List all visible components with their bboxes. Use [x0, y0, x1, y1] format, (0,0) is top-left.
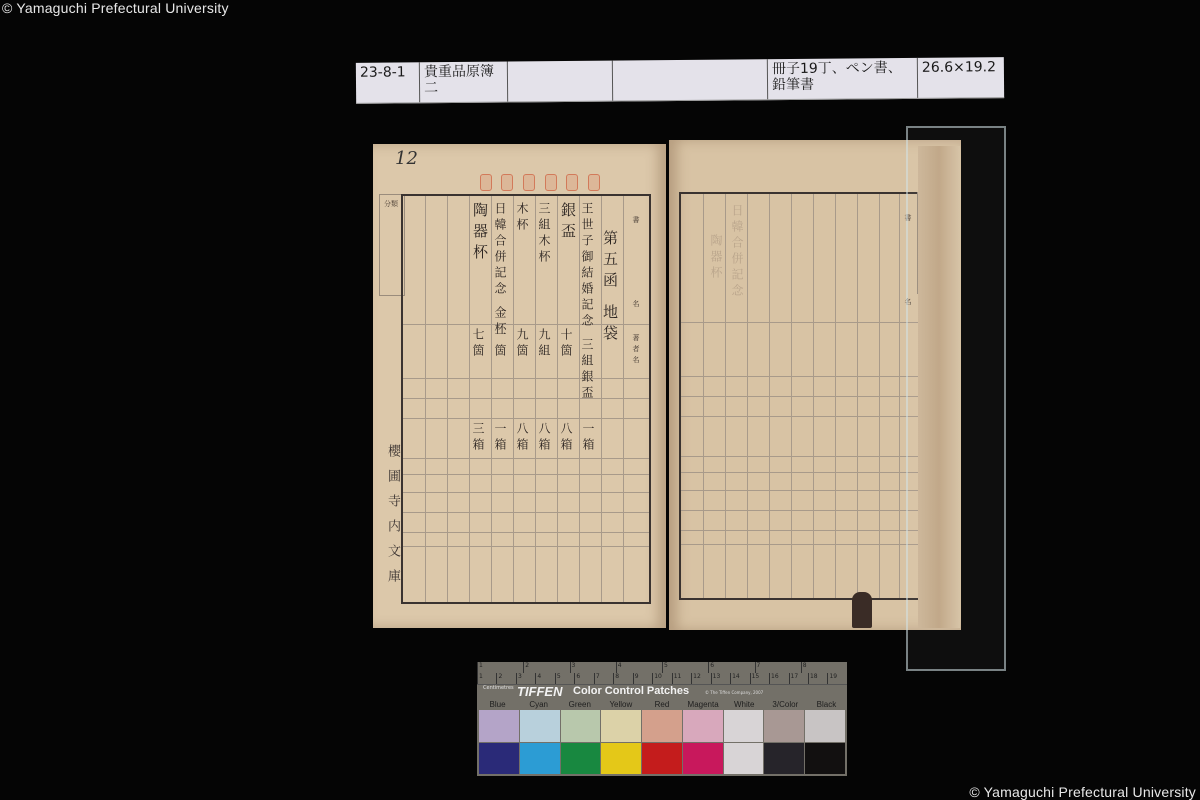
ledger-grid-left: 第五函 地袋 王世子御結婚記念 三組銀盃 銀盃 三組木杯 木杯 日韓合併記念 金… — [401, 194, 651, 604]
color-patch-dark — [724, 743, 764, 775]
entry-count: 一箇 — [492, 328, 509, 360]
seal-stamp — [566, 174, 578, 191]
entry-name: 三組木杯 — [536, 202, 553, 266]
page-number: 12 — [395, 148, 418, 169]
color-patch-light — [805, 710, 845, 742]
patch-label: Red — [641, 700, 682, 709]
seal-stamp — [545, 174, 557, 191]
show-through-text: 日韓合併記念 — [729, 204, 746, 300]
classification-label: 分類 — [384, 199, 398, 209]
catalog-empty-cell — [613, 59, 768, 100]
binding-clip — [852, 592, 872, 628]
patch-column-black — [805, 710, 845, 774]
color-patch-dark — [642, 743, 682, 775]
color-patch-light — [764, 710, 804, 742]
color-patch-light — [520, 710, 560, 742]
seal-stamp — [501, 174, 513, 191]
catalog-size: 26.6×19.2 — [918, 57, 1004, 98]
entry-name: 第五函 地袋 — [600, 230, 621, 346]
form-header-book-title: 書 名 — [631, 216, 641, 321]
seal-stamp — [480, 174, 492, 191]
left-page: 12 分類 第五函 地袋 王世子御結婚記念 三組銀盃 銀盃 三組木杯 木杯 日 — [373, 144, 666, 628]
form-header-author: 著者名 — [631, 334, 641, 367]
centimetres-label: Centimetres — [483, 685, 514, 691]
watermark-top-left: © Yamaguchi Prefectural University — [2, 0, 229, 16]
ruler-centimetres: 12 34 56 78 910 1112 1314 1516 1718 19 — [477, 673, 847, 684]
patch-label: White — [724, 700, 765, 709]
entry-name: 木杯 — [514, 202, 531, 234]
color-patches — [479, 710, 845, 774]
color-patch-light — [561, 710, 601, 742]
catalog-label: 23-8-1 貴重品原簿二 冊子19丁、ペン書、鉛筆書 26.6×19.2 — [356, 57, 1004, 104]
entry-boxes: 八箱 — [558, 422, 575, 454]
ruler-inches: 12 34 56 78 — [477, 662, 847, 673]
patch-label: 3/Color — [765, 700, 806, 709]
entry-boxes: 一箱 — [580, 422, 597, 454]
ledger-grid-right: 日韓合併記念 陶器杯 書 名 — [679, 192, 921, 600]
entry-boxes: 三箱 — [470, 422, 487, 454]
patch-label: Green — [559, 700, 600, 709]
color-control-chart: 12 34 56 78 12 34 56 78 910 1112 1314 15… — [477, 662, 847, 776]
tiffen-logo: TIFFEN — [517, 684, 563, 699]
color-patch-light — [479, 710, 519, 742]
catalog-empty-cell — [508, 61, 613, 102]
patch-label: Blue — [477, 700, 518, 709]
color-patch-light — [724, 710, 764, 742]
entry-count: 九箇 — [514, 328, 531, 360]
color-patch-dark — [601, 743, 641, 775]
catalog-title: 貴重品原簿二 — [420, 62, 508, 103]
patch-column-cyan — [520, 710, 560, 774]
color-patch-light — [642, 710, 682, 742]
color-patch-dark — [683, 743, 723, 775]
patch-label: Black — [806, 700, 847, 709]
patch-label: Yellow — [600, 700, 641, 709]
color-patch-light — [601, 710, 641, 742]
entry-name: 王世子御結婚記念 三組銀盃 — [579, 202, 596, 402]
patch-labels: Blue Cyan Green Yellow Red Magenta White… — [477, 700, 847, 709]
entry-count: 九組 — [536, 328, 553, 360]
entry-count: 七箇 — [470, 328, 487, 360]
entry-count: 十箇 — [558, 328, 575, 360]
color-patch-dark — [561, 743, 601, 775]
color-patch-dark — [520, 743, 560, 775]
patch-column-red — [642, 710, 682, 774]
catalog-description: 冊子19丁、ペン書、鉛筆書 — [768, 58, 918, 99]
entry-boxes: 一箱 — [492, 422, 509, 454]
chart-title: Color Control Patches — [573, 685, 689, 697]
catalog-id: 23-8-1 — [356, 62, 420, 103]
glass-weight-bar — [906, 126, 1006, 671]
entry-boxes: 八箱 — [536, 422, 553, 454]
color-patch-dark — [805, 743, 845, 775]
color-patch-light — [683, 710, 723, 742]
color-patch-dark — [764, 743, 804, 775]
patch-column-blue — [479, 710, 519, 774]
color-patch-dark — [479, 743, 519, 775]
seal-stamp — [588, 174, 600, 191]
patch-column-green — [561, 710, 601, 774]
entry-name: 銀盃 — [558, 202, 579, 244]
ruler: 12 34 56 78 12 34 56 78 910 1112 1314 15… — [477, 662, 847, 685]
open-ledger-book: 12 分類 第五函 地袋 王世子御結婚記念 三組銀盃 銀盃 三組木杯 木杯 日 — [373, 140, 961, 630]
entry-boxes: 八箱 — [514, 422, 531, 454]
entry-name: 陶器杯 — [470, 202, 491, 265]
patch-column-yellow — [601, 710, 641, 774]
patch-column-3-color — [764, 710, 804, 774]
chart-copyright: © The Tiffen Company, 2007 — [705, 690, 763, 695]
watermark-bottom-right: © Yamaguchi Prefectural University — [969, 784, 1196, 800]
patch-column-magenta — [683, 710, 723, 774]
patch-label: Cyan — [518, 700, 559, 709]
patch-column-white — [724, 710, 764, 774]
show-through-text: 陶器杯 — [708, 234, 725, 282]
patch-label: Magenta — [683, 700, 724, 709]
entry-name: 日韓合併記念 金杯 — [492, 202, 509, 338]
seal-stamp — [523, 174, 535, 191]
margin-print: 櫻圃寺内文庫 — [383, 444, 402, 594]
